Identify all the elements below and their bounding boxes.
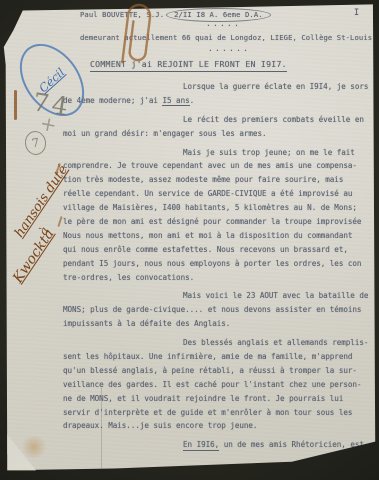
paragraph: Mais voici le 23 AOUT avec la bataille d… <box>63 289 373 331</box>
paperclip-icon <box>108 0 168 69</box>
dots-separator-bottom: ...... <box>208 44 250 53</box>
typed-line: pendant I5 jours, nous nous employons à … <box>63 257 373 271</box>
typed-line: impuissants à la défaite des Anglais. <box>63 317 373 331</box>
typed-line: Mais voici le 23 AOUT avec la bataille d… <box>63 289 373 303</box>
typed-line: village de Maisières, I400 habitants, 5 … <box>63 201 373 215</box>
typed-line: qui nous enrôle comme estafettes. Nous r… <box>63 243 373 257</box>
crease-line <box>101 388 102 470</box>
typed-line: En I9I6, un de mes amis Rhétoricien, est <box>63 438 373 452</box>
typed-line: le père de mon ami est désigné pour comm… <box>63 215 373 229</box>
typed-line: Le récit des premiers combats éveille en <box>63 113 373 127</box>
rust-mark <box>14 90 17 120</box>
typed-body: Lorsque la guerre éclate en I9I4, je sor… <box>63 80 373 457</box>
paragraph: En I9I6, un de mes amis Rhétoricien, est <box>63 438 373 452</box>
header-line: Paul BOUVETTE, S.J.2/II I8 A. 6eme D.A. <box>80 8 271 22</box>
typed-line: ne de MONS, et il voudrait rejoindre le … <box>63 392 373 406</box>
typed-line: de 4ème moderne; j'ai I5 ans. <box>63 94 373 108</box>
typed-line: Nous nous mettons, mon ami et moi à la d… <box>63 229 373 243</box>
paragraph: Mais je suis trop jeune; on me le faitco… <box>63 146 373 285</box>
typed-line: Lorsque la guerre éclate en I9I4, je sor… <box>63 80 373 94</box>
typed-line: tre-ordres, les convocations. <box>63 271 373 285</box>
paragraph: Des blessés anglais et allemands remplis… <box>63 336 373 433</box>
paragraph: Le récit des premiers combats éveille en… <box>63 113 373 141</box>
typed-line: Mais je suis trop jeune; on me le fait <box>63 146 373 160</box>
typed-line: réelle cependant. Un service de GARDE-CI… <box>63 187 373 201</box>
typed-line: veillance des gardes. Il est caché pour … <box>63 378 373 392</box>
typed-line: servir d'interprète et de guide et m'enr… <box>63 406 373 420</box>
typed-line: moi un grand désir: m'engager sous les a… <box>63 127 373 141</box>
paragraph: Lorsque la guerre éclate en I9I4, je sor… <box>63 80 373 108</box>
typed-line: Des blessés anglais et allemands remplis… <box>63 336 373 350</box>
stain-mark <box>20 436 48 458</box>
typed-line: comprendre. Je trouve cependant avec un … <box>63 159 373 173</box>
typed-line: drapeaux. Mais...je suis encore trop jeu… <box>63 419 373 433</box>
typed-line: sent les hôpitaux. Une infirmière, amie … <box>63 350 373 364</box>
paper-sheet: Paul BOUVETTE, S.J.2/II I8 A. 6eme D.A. … <box>0 0 379 480</box>
dots-separator-top: ..... <box>206 19 241 28</box>
pencil-circled-number-value: 7 <box>31 136 41 151</box>
page-number: I <box>354 8 359 18</box>
typed-line: MONS; plus de garde-civique.... et nous … <box>63 303 373 317</box>
typed-line: qu'un blessé anglais, à peine rétabli, a… <box>63 364 373 378</box>
margin-check-mark <box>57 216 62 227</box>
typed-line: tion très modeste, assez modeste même po… <box>63 173 373 187</box>
photographed-document: Paul BOUVETTE, S.J.2/II I8 A. 6eme D.A. … <box>0 0 379 480</box>
